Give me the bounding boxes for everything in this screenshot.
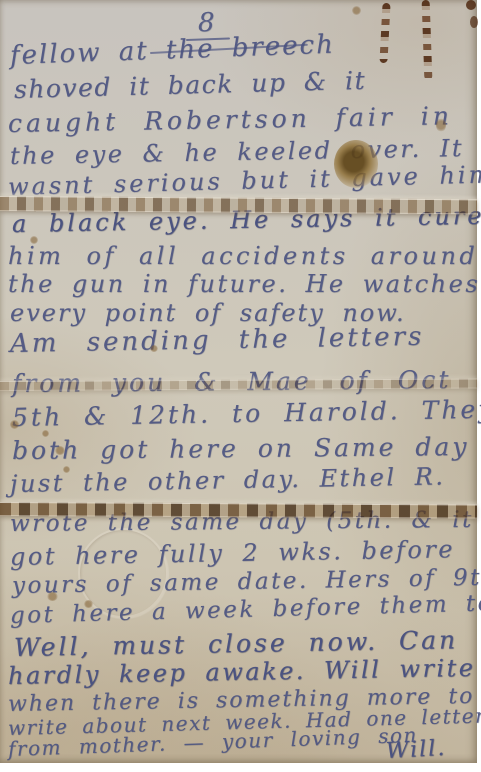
letter-line: shoved it back up & it: [14, 67, 367, 104]
rust-dot: [470, 16, 478, 28]
foxing-spot: [47, 592, 58, 601]
rust-streak-icon: [379, 3, 390, 63]
torn-edge: [0, 502, 477, 518]
foxing-spot: [84, 600, 93, 608]
signature: Will.: [385, 737, 447, 764]
letter-line: both got here on Same day &: [12, 433, 481, 465]
rust-dot: [466, 0, 476, 10]
foxing-spot: [150, 345, 158, 352]
foxing-spot: [63, 466, 70, 473]
letter-line: Am sending the letters: [10, 323, 425, 359]
letter-line: just the other day. Ethel R.: [10, 463, 446, 497]
letter-line: 5th & 12th. to Harold. They: [12, 396, 481, 432]
letter-line: got here fully 2 wks. before: [10, 536, 455, 570]
foxing-spot: [10, 420, 19, 429]
letter-line: caught Robertson fair in: [8, 102, 453, 137]
foxing-spot: [30, 236, 38, 244]
rust-blob: [334, 140, 378, 188]
fold-crease-middle: [0, 379, 477, 389]
fold-crease-lower: [0, 502, 477, 516]
rust-streak-icon: [422, 0, 433, 80]
rust-dot: [352, 6, 361, 15]
fold-crease-top: [0, 196, 477, 212]
letter-paper: 8 fellow at the breech shoved it back up…: [0, 0, 477, 763]
foxing-spot: [42, 430, 49, 437]
letter-line: the gun in future. He watches: [8, 271, 480, 297]
letter-line: him of all accidents around: [8, 243, 478, 269]
rust-dot: [436, 118, 446, 132]
scanned-letter-page: 8 fellow at the breech shoved it back up…: [0, 0, 481, 772]
letter-line: fellow at the breech: [10, 31, 336, 71]
foxing-spot: [55, 446, 65, 455]
